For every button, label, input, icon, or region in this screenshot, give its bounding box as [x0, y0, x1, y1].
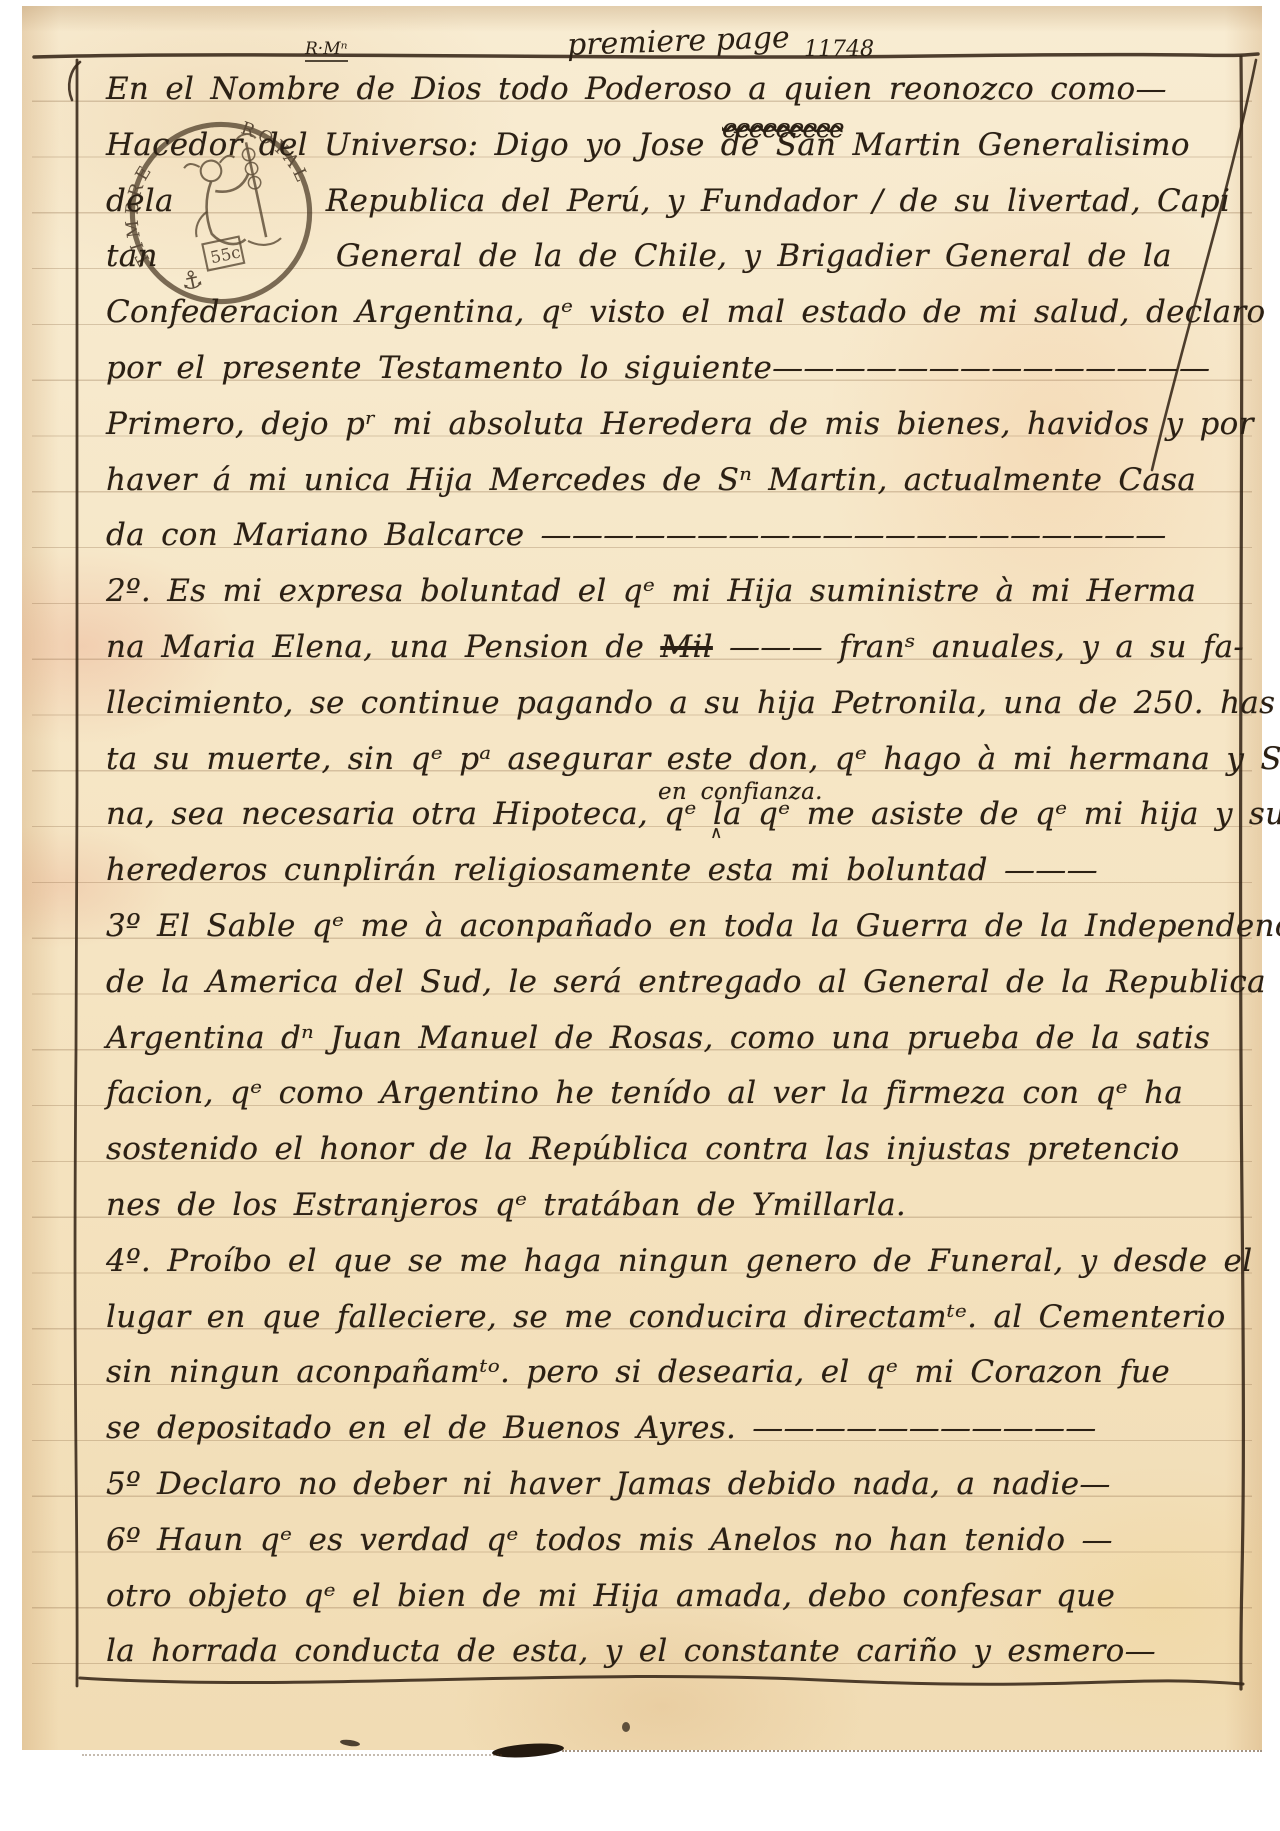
manuscript-line: na Maria Elena, una Pension de Mil ——— f…	[106, 620, 1270, 676]
line-text: dela	[106, 183, 174, 219]
manuscript-line: lugar en que falleciere, se me conducira…	[106, 1290, 1270, 1346]
manuscript-line: Argentina dⁿ Juan Manuel de Rosas, como …	[106, 1011, 1270, 1067]
ink-smudge	[492, 1742, 565, 1760]
manuscript-line: tanGeneral de la de Chile, y Brigadier G…	[106, 229, 1270, 285]
ink-smudge	[622, 1722, 630, 1732]
paper-bottom-edge	[82, 1754, 502, 1756]
paper-bottom-edge	[562, 1750, 1262, 1752]
line-text: Hacedor del Universo: Digo yo Jose de Sa…	[106, 127, 1190, 163]
line-text: ——— franˢ anuales, y a su fa-	[713, 629, 1244, 665]
interline-insertion: en confianza.	[658, 781, 823, 803]
manuscript-text-block: En el Nombre de Dios todo Poderoso a qui…	[106, 62, 1270, 1680]
insertion-caret: ∧	[710, 825, 723, 842]
line-text: na Maria Elena, una Pension de	[106, 629, 660, 665]
manuscript-line: nes de los Estranjeros qᵉ tratában de Ym…	[106, 1178, 1270, 1234]
manuscript-line: delaRepublica del Perú, y Fundador / de …	[106, 174, 1270, 230]
manuscript-line: da con Mariano Balcarce ————————————————…	[106, 508, 1270, 564]
line-text: General de la de Chile, y Brigadier Gene…	[336, 238, 1172, 274]
manuscript-line: Confederacion Argentina, qᵉ visto el mal…	[106, 285, 1270, 341]
manuscript-line: llecimiento, se continue pagando a su hi…	[106, 676, 1270, 732]
manuscript-line: 5º Declaro no deber ni haver Jamas debid…	[106, 1457, 1270, 1513]
manuscript-paper: TIMBRE ROYAL 55c ⚓ R·Mⁿ premiere page 11…	[22, 6, 1262, 1750]
document-page: TIMBRE ROYAL 55c ⚓ R·Mⁿ premiere page 11…	[0, 0, 1280, 1831]
manuscript-line: la horrada conducta de esta, y el consta…	[106, 1624, 1270, 1680]
manuscript-line: se depositado en el de Buenos Ayres. ———…	[106, 1401, 1270, 1457]
manuscript-line: Hacedor del Universo: Digo yo Jose de Sa…	[106, 118, 1270, 174]
scribbled-out-word: eeeeeeeee	[722, 102, 842, 158]
margin-annotation-number: 11748	[804, 37, 874, 62]
struck-out-word: Mil	[660, 629, 712, 665]
manuscript-line: En el Nombre de Dios todo Poderoso a qui…	[106, 62, 1270, 118]
manuscript-line: herederos cunplirán religiosamente esta …	[106, 843, 1270, 899]
line-text: Republica del Perú, y Fundador / de su l…	[326, 183, 1230, 219]
manuscript-line: na, sea necesaria otra Hipoteca, qᵉ la q…	[106, 787, 1270, 843]
manuscript-line: 2º. Es mi expresa boluntad el qᵉ mi Hija…	[106, 564, 1270, 620]
line-text: tan	[106, 238, 158, 274]
manuscript-line: sostenido el honor de la República contr…	[106, 1122, 1270, 1178]
manuscript-line: 3º El Sable qᵉ me à aconpañado en toda l…	[106, 899, 1270, 955]
manuscript-line: 4º. Proíbo el que se me haga ningun gene…	[106, 1234, 1270, 1290]
manuscript-line: por el presente Testamento lo siguiente—…	[106, 341, 1270, 397]
manuscript-line: otro objeto qᵉ el bien de mi Hija amada,…	[106, 1569, 1270, 1625]
manuscript-line: facion, qᵉ como Argentino he tenído al v…	[106, 1066, 1270, 1122]
manuscript-line: haver á mi unica Hija Mercedes de Sⁿ Mar…	[106, 453, 1270, 509]
margin-annotation-initials: R·Mⁿ	[305, 39, 348, 62]
ink-smudge	[340, 1739, 361, 1748]
manuscript-line: 6º Haun qᵉ es verdad qᵉ todos mis Anelos…	[106, 1513, 1270, 1569]
manuscript-line: de la America del Sud, le será entregado…	[106, 955, 1270, 1011]
manuscript-line: Primero, dejo pʳ mi absoluta Heredera de…	[106, 397, 1270, 453]
manuscript-line: sin ningun aconpañamᵗᵒ. pero si desearia…	[106, 1345, 1270, 1401]
